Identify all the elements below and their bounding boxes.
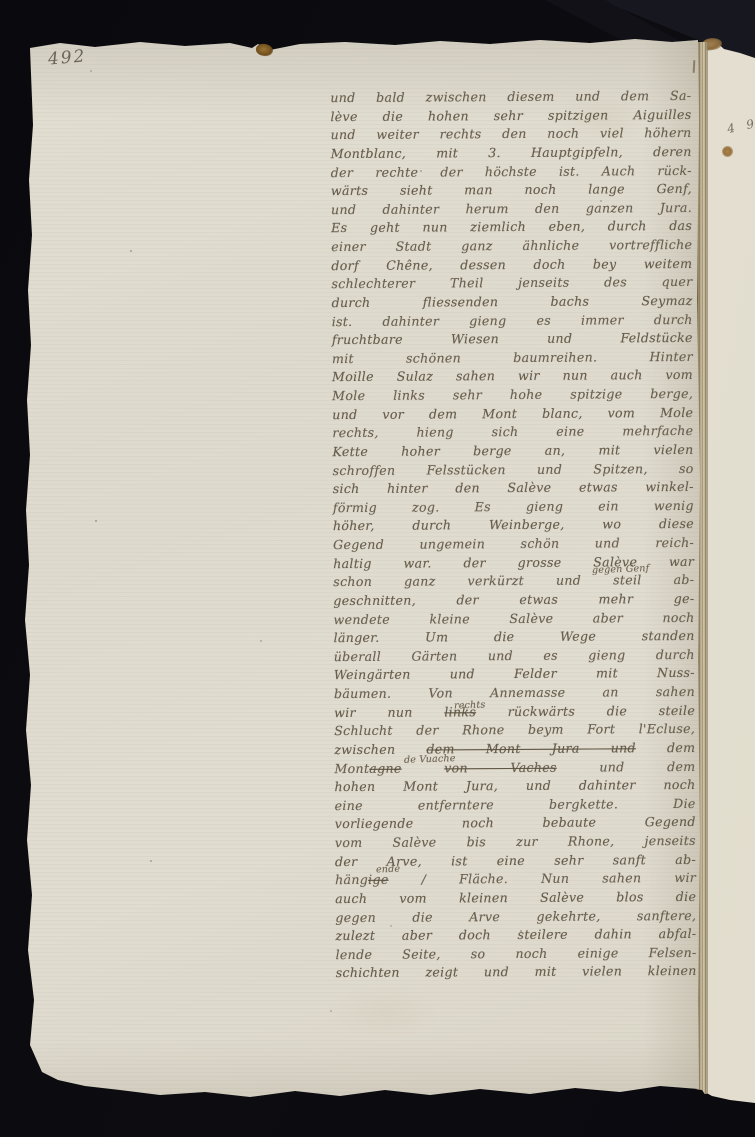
handwritten-text: eine entferntere bergkette. Die	[335, 796, 696, 813]
manuscript-line: eine entferntere bergkette. Die	[335, 795, 696, 816]
manuscript-line: höher, durch Weinberge, wo diese	[333, 515, 694, 536]
manuscript-line: zulezt aber doch steilere dahin abfal-	[335, 925, 696, 946]
handwritten-text: geschnitten, der etwas mehr ge-	[333, 591, 694, 608]
manuscript-line: Kette hoher berge an, mit vielen	[332, 441, 693, 462]
handwritten-text: schlechterer Theil jenseits des quer	[331, 274, 692, 291]
manuscript-scan: 492 4 9 und bald zwischen diesem und dem…	[0, 0, 755, 1137]
handwritten-text: einer Stadt ganz ähnliche vortreffliche	[331, 237, 692, 254]
manuscript-line: einer Stadt ganz ähnliche vortreffliche	[331, 236, 692, 257]
handwritten-text: schroffen Felsstücken und Spitzen, so	[333, 460, 694, 477]
manuscript-line: vom Salève bis zur Rhone, jenseits	[335, 832, 696, 853]
handwritten-text: Moille Sulaz sahen wir nun auch vom	[332, 367, 693, 384]
manuscript-line: Schlucht der Rhone beym Fort l'Ecluse,	[334, 720, 695, 741]
handwritten-text: rechts, hieng sich eine mehrfache	[332, 423, 693, 440]
handwritten-text: mit schönen baumreihen. Hinter	[332, 349, 693, 366]
bottom-edge-shading	[0, 1039, 755, 1099]
handwritten-text: Es geht nun ziemlich eben, durch das	[331, 218, 692, 235]
handwritten-text: häng	[335, 872, 368, 887]
manuscript-line: schichten zeigt und mit vielen kleinen	[336, 962, 697, 983]
handwritten-text: hohen Mont Jura, und dahinter noch	[334, 777, 695, 794]
manuscript-line: fruchtbare Wiesen und Feldstücke	[332, 329, 693, 350]
manuscript-line: auch vom kleinen Salève blos die	[335, 888, 696, 909]
manuscript-line: überall Gärten und es gieng durch	[334, 646, 695, 667]
handwritten-text: und weiter rechts den noch viel höhern	[331, 125, 692, 142]
handwritten-text: Weingärten und Felder mit Nuss-	[334, 665, 695, 682]
manuscript-line: Es geht nun ziemlich eben, durch das	[331, 217, 692, 238]
handwritten-text: auch vom kleinen Salève blos die	[335, 889, 696, 906]
manuscript-line: hohen Mont Jura, und dahinter noch	[334, 776, 695, 797]
interlinear-insertion: ende	[376, 864, 401, 876]
handwritten-text: rückwärts die steile	[476, 703, 695, 719]
interlinear-insertion: gegen Genf	[592, 563, 650, 576]
handwritten-text: zulezt aber doch steilere dahin abfal-	[335, 926, 696, 943]
handwritten-text: lende Seite, so noch einige Felsen-	[336, 945, 697, 962]
handwritten-text: Montblanc, mit 3. Hauptgipfeln, deren	[331, 144, 692, 161]
manuscript-line: Mole links sehr hohe spitzige berge,	[332, 385, 693, 406]
handwritten-text: wir nun	[334, 704, 444, 720]
manuscript-line: Weingärten und Felder mit Nuss-	[334, 664, 695, 685]
interlinear-insertion: de Vuache	[404, 753, 456, 766]
manuscript-line: wärts sieht man noch lange Genf,	[331, 180, 692, 201]
handwritten-text: Mole links sehr hohe spitzige berge,	[332, 386, 693, 403]
handwritten-text: vorliegende noch bebaute Gegend	[335, 814, 696, 831]
handwritten-text: schon ganz verkürzt und steil ab-	[333, 572, 694, 589]
handwritten-text: dem	[636, 740, 696, 755]
manuscript-line: lende Seite, so noch einige Felsen-	[336, 944, 697, 965]
manuscript-line: gegen die Arve gekehrte, sanftere,	[335, 906, 696, 927]
handwritten-text: lève die hohen sehr spitzigen Aiguilles	[330, 107, 691, 124]
paper-stain	[330, 985, 440, 1040]
manuscript-line: zwischen dem Mont Jura und dem	[334, 739, 695, 760]
manuscript-line: rechts, hieng sich eine mehrfache	[332, 422, 693, 443]
manuscript-line: und vor dem Mont blanc, vom Mole	[332, 404, 693, 425]
handwritten-text: und vor dem Mont blanc, vom Mole	[332, 405, 693, 422]
manuscript-line: vorliegende noch bebaute Gegend	[335, 813, 696, 834]
manuscript-line: sich hinter den Salève etwas winkel-	[333, 478, 694, 499]
handwritten-text: schichten zeigt und mit vielen kleinen	[336, 963, 697, 980]
struck-text: dem Mont Jura und	[426, 740, 636, 756]
page-number: 492	[47, 46, 87, 69]
manuscript-line: Montagne von Vaches und dem	[334, 757, 695, 778]
manuscript-line: durch fliessenden bachs Seymaz	[332, 292, 693, 313]
manuscript-line: dorf Chêne, dessen doch bey weitem	[331, 255, 692, 276]
manuscript-line: Moille Sulaz sahen wir nun auch vom	[332, 366, 693, 387]
manuscript-line: schlechterer Theil jenseits des quer	[331, 273, 692, 294]
manuscript-line: schroffen Felsstücken und Spitzen, so	[333, 459, 694, 480]
handwritten-text: Mont	[334, 760, 369, 775]
handwritten-text: förmig zog. Es gieng ein wenig	[333, 498, 694, 515]
manuscript-line: wir nun links rückwärts die steile	[334, 702, 695, 723]
struck-text: von Vaches	[444, 759, 557, 775]
handwritten-text: dorf Chêne, dessen doch bey weitem	[331, 256, 692, 273]
interlinear-insertion: rechts	[454, 699, 486, 711]
manuscript-line: länger. Um die Wege standen	[334, 627, 695, 648]
manuscript-line: förmig zog. Es gieng ein wenig	[333, 497, 694, 518]
manuscript-line: ist. dahinter gieng es immer durch	[332, 310, 693, 331]
handwritten-text: überall Gärten und es gieng durch	[334, 647, 695, 664]
handwritten-text: und dem	[557, 758, 696, 774]
handwritten-text: Schlucht der Rhone beym Fort l'Ecluse,	[334, 721, 695, 738]
handwritten-text: / Fläche. Nun sahen wir	[389, 870, 697, 887]
handwritten-text-block: und bald zwischen diesem und dem Sa-lève…	[330, 87, 696, 983]
manuscript-line: bäumen. Von Annemasse an sahen	[334, 683, 695, 704]
handwritten-text: sich hinter den Salève etwas winkel-	[333, 479, 694, 496]
manuscript-line: und dahinter herum den ganzen Jura.	[331, 199, 692, 220]
manuscript-line: Gegend ungemein schön und reich-	[333, 534, 694, 555]
manuscript-line: wendete kleine Salève aber noch	[333, 608, 694, 629]
handwritten-text: fruchtbare Wiesen und Feldstücke	[332, 330, 693, 347]
handwritten-text: höher, durch Weinberge, wo diese	[333, 516, 694, 533]
handwritten-text: der rechte der höchste ist. Auch rück-	[331, 162, 692, 179]
handwritten-text: ist. dahinter gieng es immer durch	[332, 311, 693, 328]
manuscript-line: lève die hohen sehr spitzigen Aiguilles	[330, 106, 691, 127]
handwritten-text: Gegend ungemein schön und reich-	[333, 535, 694, 552]
manuscript-line: Montblanc, mit 3. Hauptgipfeln, deren	[331, 143, 692, 164]
handwritten-text: durch fliessenden bachs Seymaz	[332, 293, 693, 310]
manuscript-line: und bald zwischen diesem und dem Sa-	[330, 87, 691, 108]
struck-text: agne	[369, 760, 401, 775]
handwritten-text: vom Salève bis zur Rhone, jenseits	[335, 833, 696, 850]
handwritten-text: bäumen. Von Annemasse an sahen	[334, 684, 695, 701]
handwritten-text: wärts sieht man noch lange Genf,	[331, 181, 692, 198]
handwritten-text: Kette hoher berge an, mit vielen	[332, 442, 693, 459]
manuscript-line: geschnitten, der etwas mehr ge-	[333, 590, 694, 611]
handwritten-text: länger. Um die Wege standen	[334, 628, 695, 645]
handwritten-text: wendete kleine Salève aber noch	[333, 609, 694, 626]
handwritten-text: gegen die Arve gekehrte, sanftere,	[335, 907, 696, 924]
manuscript-line: der rechte der höchste ist. Auch rück-	[331, 161, 692, 182]
manuscript-line: mit schönen baumreihen. Hinter	[332, 348, 693, 369]
handwritten-text: und dahinter herum den ganzen Jura.	[331, 200, 692, 217]
manuscript-line: und weiter rechts den noch viel höhern	[331, 124, 692, 145]
foxing-spot	[722, 146, 733, 157]
handwritten-text: und bald zwischen diesem und dem Sa-	[330, 88, 691, 105]
